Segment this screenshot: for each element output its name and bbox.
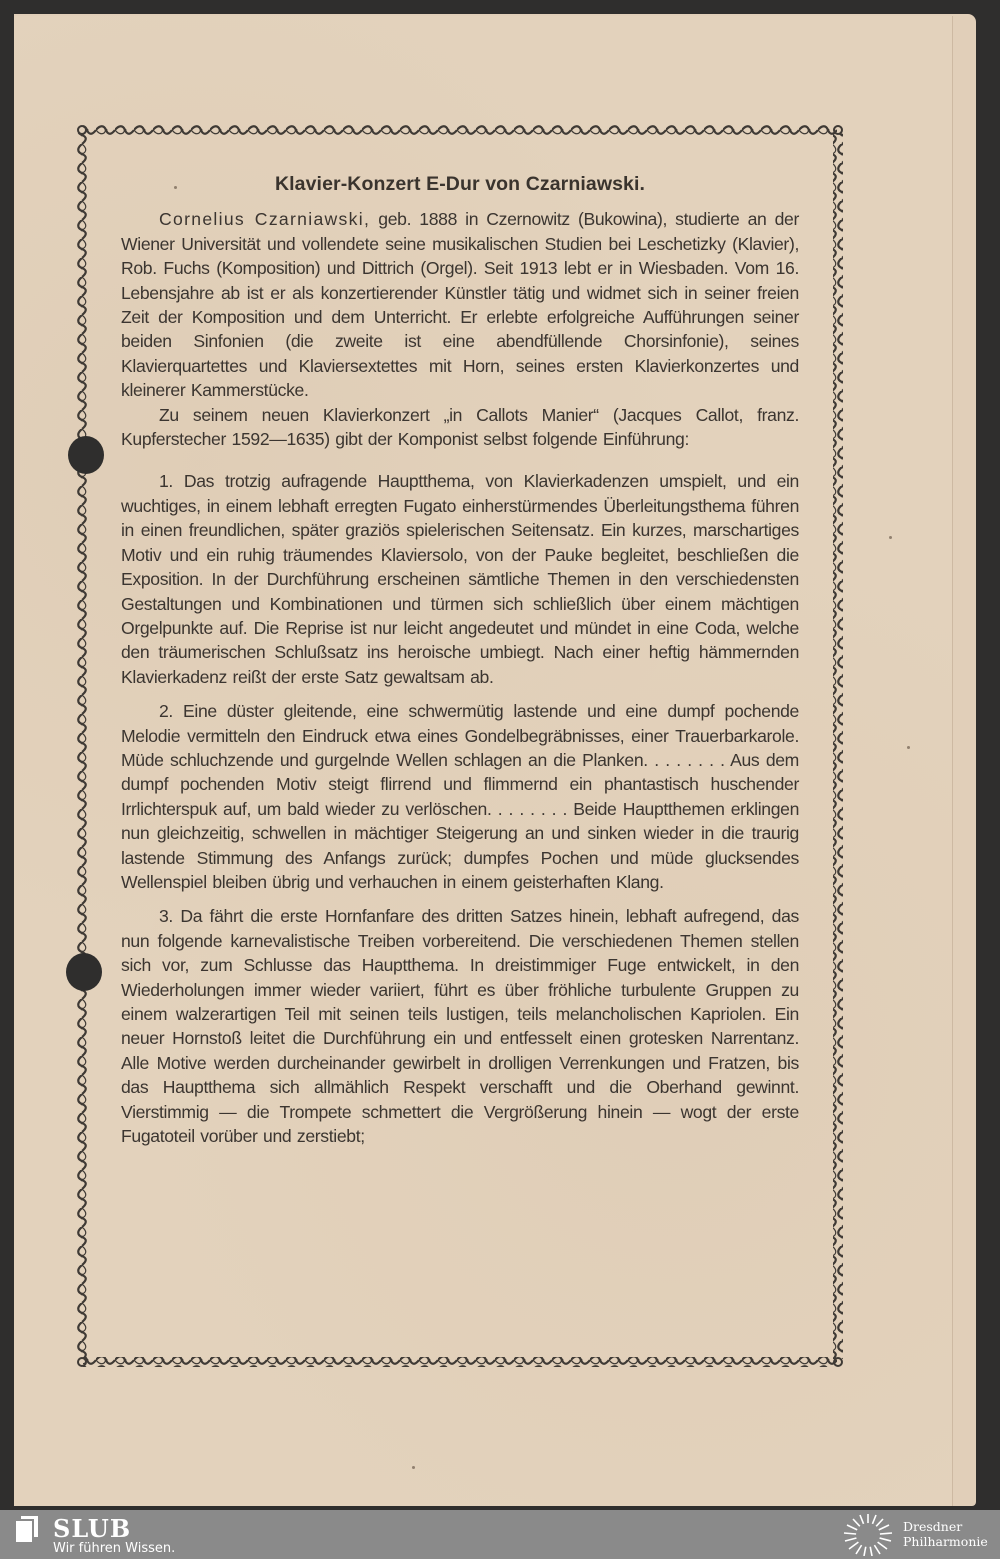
document-body: Klavier-Konzert E-Dur von Czarniawski. C… [121, 170, 799, 1148]
slub-logo-tagline: Wir führen Wissen. [53, 1541, 175, 1556]
paragraph-text: geb. 1888 in Czernowitz (Bukowina), stud… [121, 209, 799, 400]
punch-hole [68, 436, 104, 474]
logo-line-2: Philharmonie [903, 1534, 988, 1549]
logo-line-1: Dresdner [903, 1519, 962, 1534]
paragraph-introduction: Zu seinem neuen Klavierkonzert „in Callo… [121, 403, 799, 452]
book-icon [14, 1515, 40, 1548]
punch-hole [66, 953, 102, 991]
paragraph-movement-1: 1. Das trotzig aufragende Hauptthema, vo… [121, 469, 799, 689]
paper-speck [412, 1466, 415, 1469]
paragraph-movement-2: 2. Eine düster gleitende, eine schwermüt… [121, 699, 799, 894]
spacer [121, 689, 799, 699]
paper-speck [907, 746, 910, 749]
paragraph-lead: Cornelius Czarniawski, [159, 209, 370, 229]
document-title: Klavier-Konzert E-Dur von Czarniawski. [121, 172, 799, 196]
footer-bar: SLUB Wir führen Wissen. Dresdner Philhar… [0, 1510, 1000, 1559]
slub-logo-name[interactable]: SLUB [53, 1514, 131, 1543]
sunburst-icon [842, 1514, 894, 1559]
dresdner-philharmonie-logo[interactable]: Dresdner Philharmonie [903, 1519, 988, 1549]
paragraph-movement-3: 3. Da fährt die erste Hornfanfare des dr… [121, 904, 799, 1148]
paper-speck [889, 536, 892, 539]
paragraph-biography: Cornelius Czarniawski, geb. 1888 in Czer… [121, 207, 799, 402]
spacer [121, 451, 799, 469]
spacer [121, 894, 799, 904]
